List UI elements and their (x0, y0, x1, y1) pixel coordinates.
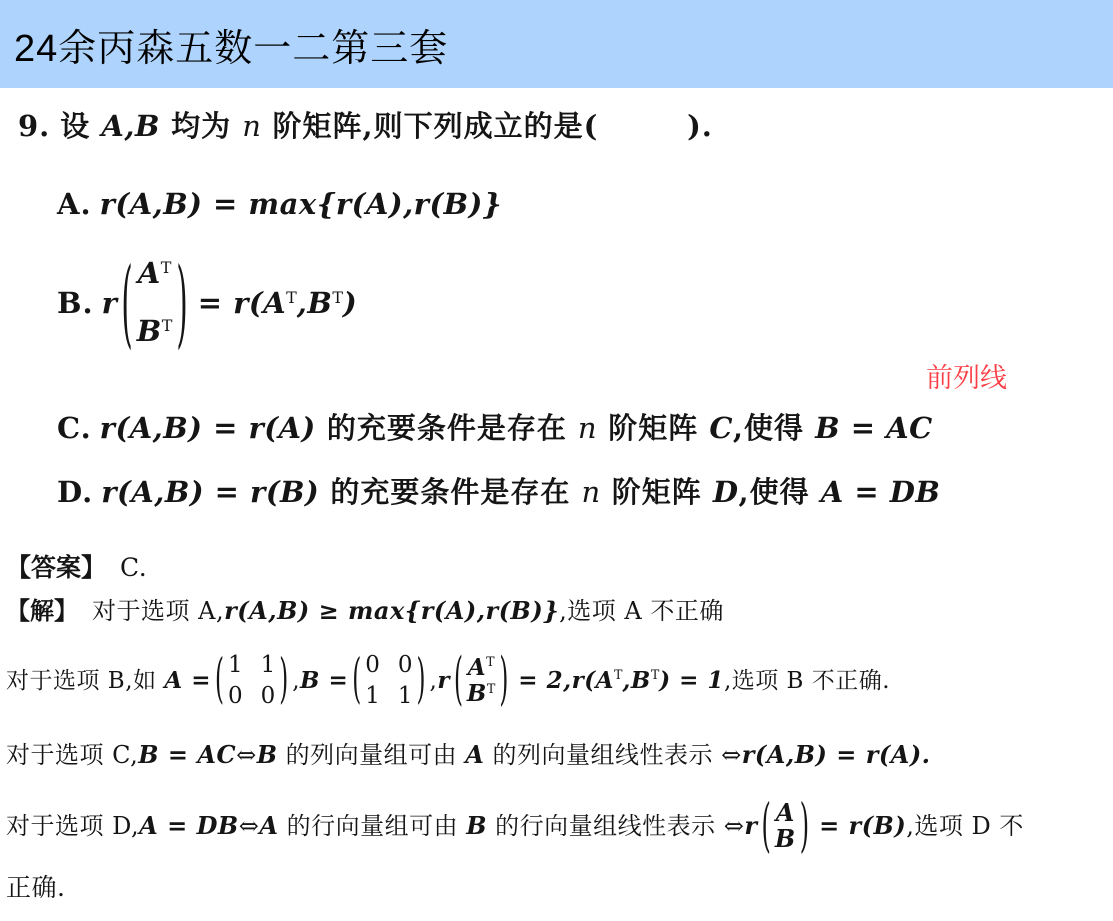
paren-close: ) (417, 648, 426, 714)
paren-open: ( (121, 243, 132, 363)
question-number: 9. (18, 108, 50, 144)
math-expr: B = AC (815, 410, 933, 446)
option-text: ,使得 (733, 410, 815, 446)
transpose-sup: T (286, 288, 297, 307)
option-d: D. r(A,B) = r(B) 的充要条件是存在 n 阶矩阵 D ,使得 A … (57, 474, 940, 510)
math-expr: r(A,B) ≥ max{r(A),r(B)} (224, 596, 559, 626)
paren-open: ( (454, 645, 463, 717)
option-text: 的充要条件是存在 (319, 474, 581, 510)
question-text: 均为 (160, 108, 242, 144)
stack-row-bottom: B (775, 826, 796, 852)
solution-text: ,选项 B 不正确. (724, 667, 890, 696)
paren-close: ) (499, 645, 508, 717)
iff-arrow: ⇔ (724, 811, 745, 841)
iff-arrow: ⇔ (236, 740, 257, 770)
question-text: 设 (60, 108, 101, 144)
answer-value: C. (120, 552, 147, 583)
math-var: A (468, 654, 486, 681)
transpose-sup: T (487, 681, 495, 696)
math-var: n (578, 410, 597, 446)
math-var: A,B (101, 108, 160, 144)
option-b: B. r ( AT BT ) = r(AT,BT) (57, 250, 357, 356)
matrix-row: 00 (365, 651, 412, 680)
solution-text: , (292, 667, 300, 696)
matrix-row: 11 (228, 651, 275, 680)
math-var: A (465, 740, 484, 770)
math-expr: = r(AT,BT) (198, 285, 358, 321)
solution-text: 对于选项 B,如 (6, 667, 164, 696)
option-text: 阶矩阵 (597, 410, 709, 446)
paren-close: ) (176, 243, 187, 363)
paren-close: ) (279, 648, 288, 714)
question-text: 阶矩阵,则下列成立的是( ). (261, 108, 713, 144)
math-expr: = r(B) (819, 811, 906, 841)
math-func: r (744, 811, 757, 841)
matrix-row: 00 (228, 682, 275, 711)
solution-line-d-cont: 正确. (6, 872, 65, 903)
option-a: A. r(A,B) = max{r(A),r(B)} (57, 186, 502, 222)
solution-text: , (430, 667, 438, 696)
red-annotation: 前列线 (926, 356, 1007, 395)
stack-row-bottom: BT (467, 681, 495, 707)
solution-text: ,选项 D 不 (906, 811, 1024, 841)
stacked-matrix: AT BT (137, 258, 173, 348)
matrix-b: 00 11 (365, 651, 412, 711)
math-expr: A = DB (139, 811, 239, 841)
option-label: C. (57, 410, 92, 446)
solution-text: 正确. (6, 872, 65, 903)
math-expr: r(A,B) = r(A) (100, 410, 316, 446)
solution-line-d: 对于选项 D, A = DB ⇔ A 的行向量组可由 B 的行向量组线性表示 ⇔… (6, 790, 1024, 862)
math-var: B (467, 680, 487, 707)
math-var: A (138, 256, 161, 290)
stack-row-top: AT (138, 258, 172, 290)
transpose-sup: T (651, 667, 659, 682)
math-expr: B = AC (138, 740, 236, 770)
math-var: B (257, 740, 278, 770)
question-stem: 9. 设 A,B 均为 n 阶矩阵,则下列成立的是( ). (18, 108, 713, 144)
option-c: C. r(A,B) = r(A) 的充要条件是存在 n 阶矩阵 C ,使得 B … (57, 410, 933, 446)
solution-text: ,选项 A 不正确 (559, 596, 724, 626)
answer-line: 【答案】 C. (6, 552, 147, 584)
math-func: r (437, 667, 450, 696)
transpose-sup: T (161, 258, 172, 277)
stack-row-bottom: BT (137, 316, 173, 348)
paren-open: ( (215, 648, 224, 714)
matrix-row: 11 (365, 682, 412, 711)
solution-line-a: 【解】 对于选项 A, r(A,B) ≥ max{r(A),r(B)} ,选项 … (6, 596, 724, 627)
stacked-matrix: AT BT (467, 655, 495, 708)
math-var: n (581, 474, 600, 510)
stack-row-top: A (776, 800, 795, 826)
solution-text: 对于选项 D, (6, 811, 139, 841)
document-title: 24余丙森五数一二第三套 (14, 17, 448, 72)
option-text: 阶矩阵 (601, 474, 713, 510)
transpose-sup: T (614, 667, 622, 682)
solution-text: 对于选项 A, (92, 596, 224, 626)
math-var: B (137, 314, 162, 348)
math-expr: A = DB (821, 474, 941, 510)
option-label: D. (57, 474, 93, 510)
solution-text: 的行向量组线性表示 (487, 811, 724, 841)
solution-line-b: 对于选项 B,如 A = ( 11 00 ) , B = ( 00 11 ) ,… (6, 644, 890, 718)
math-var: D (713, 474, 739, 510)
stack-row-top: AT (468, 655, 495, 681)
math-expr: r(A,B) = r(B) (101, 474, 319, 510)
solution-text: 的列向量组线性表示 (484, 740, 721, 770)
math-var: A (259, 811, 278, 841)
paren-open: ( (352, 648, 361, 714)
math-expr: r(A,B) = max{r(A),r(B)} (100, 186, 502, 222)
answer-label: 【答案】 (6, 553, 106, 584)
option-text: ,使得 (739, 474, 821, 510)
math-var: C (709, 410, 733, 446)
option-text: 的充要条件是存在 (316, 410, 578, 446)
solution-line-c: 对于选项 C, B = AC ⇔ B 的列向量组可由 A 的列向量组线性表示 ⇔… (6, 740, 931, 770)
transpose-sup: T (332, 288, 343, 307)
paren-close: ) (800, 790, 809, 862)
matrix-a: 11 00 (228, 651, 275, 711)
paren-open: ( (762, 790, 771, 862)
math-expr: = 2,r(AT,BT) = 1 (518, 667, 724, 696)
solution-text: 的行向量组可由 (278, 811, 466, 841)
stacked-matrix: A B (775, 800, 796, 853)
iff-arrow: ⇔ (239, 811, 260, 841)
math-func: r (102, 285, 118, 321)
iff-arrow: ⇔ (721, 740, 742, 770)
math-expr: B = (300, 667, 348, 696)
math-var: n (242, 108, 261, 144)
solution-text: 对于选项 C, (6, 740, 138, 770)
math-expr: A = (164, 667, 211, 696)
option-label: A. (57, 186, 92, 222)
document-header: 24余丙森五数一二第三套 (0, 0, 1113, 88)
math-var: B (466, 811, 487, 841)
solution-label: 【解】 (6, 597, 78, 627)
math-expr: r(A,B) = r(A). (742, 740, 931, 770)
transpose-sup: T (486, 654, 494, 669)
transpose-sup: T (162, 316, 173, 335)
solution-text: 的列向量组可由 (278, 740, 466, 770)
option-label: B. (57, 285, 94, 321)
